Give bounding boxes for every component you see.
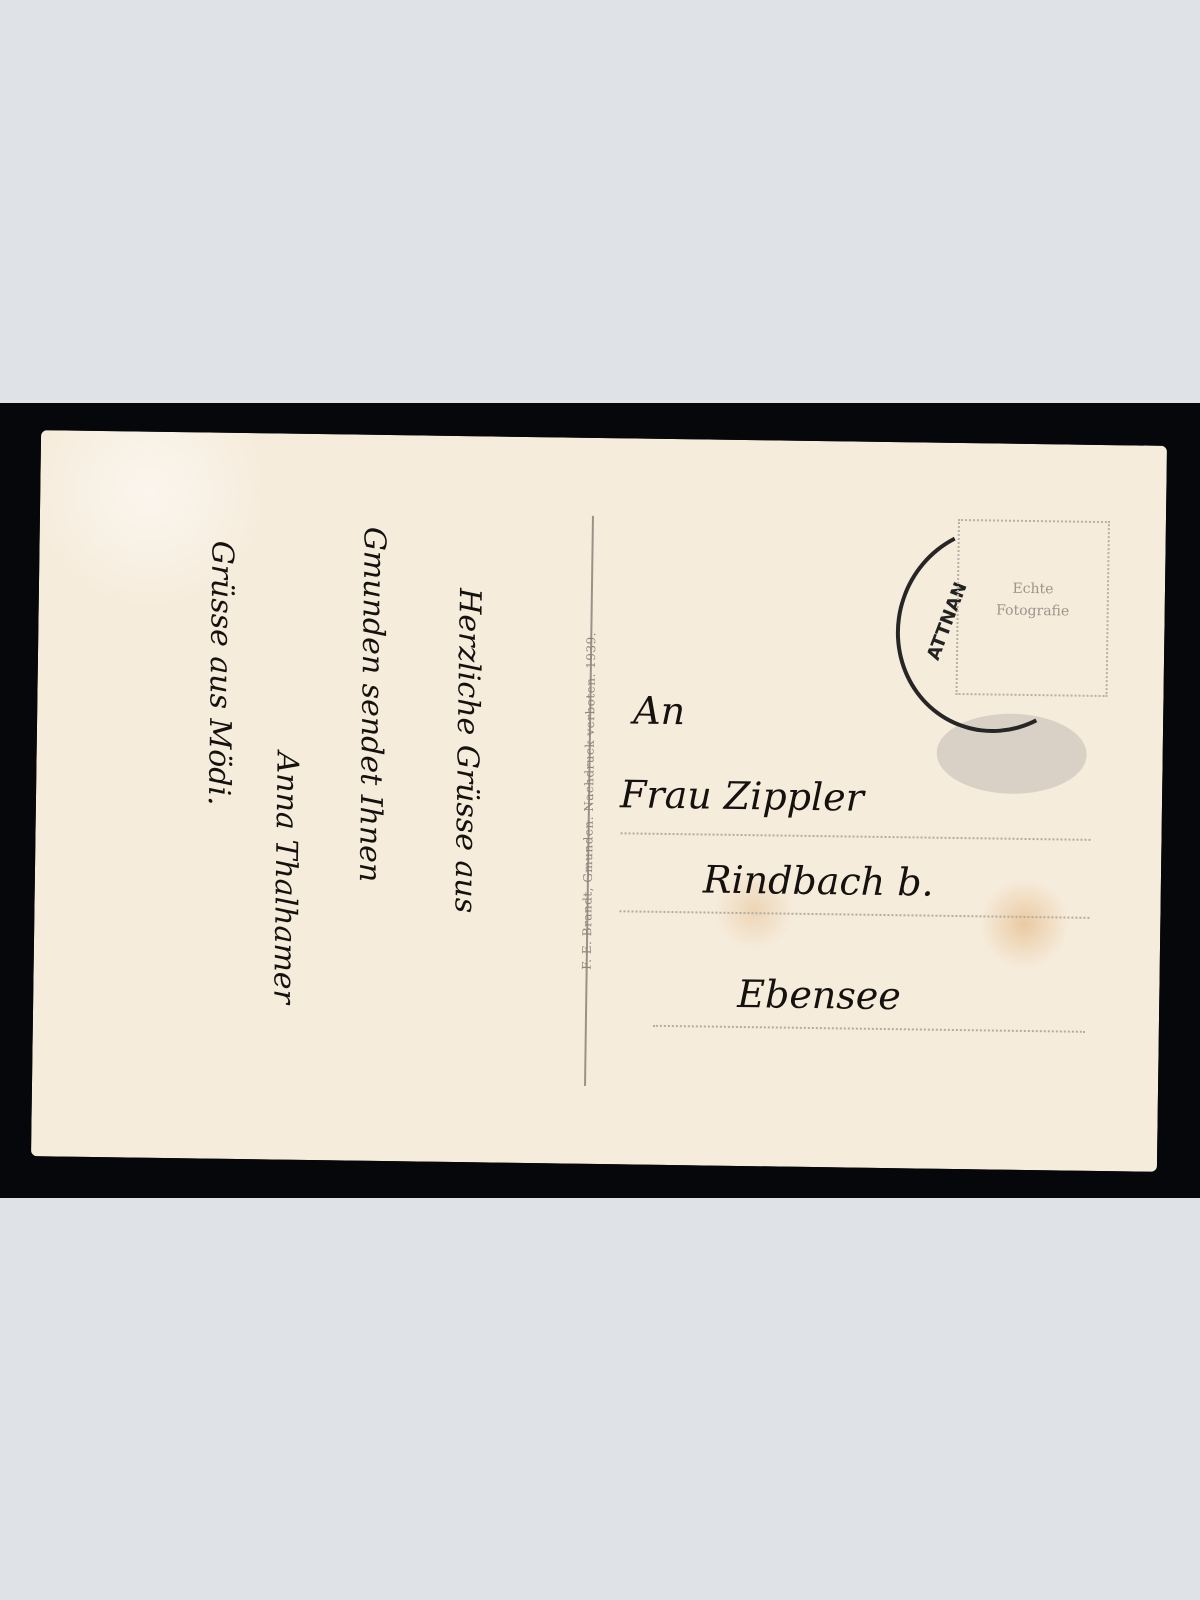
message-line-3: Anna Thalhamer bbox=[266, 751, 305, 1004]
stamp-box-label-line-1: Echte bbox=[959, 577, 1107, 601]
stamp-box-label: Echte Fotografie bbox=[959, 577, 1108, 623]
address-line-4: Ebensee bbox=[737, 972, 901, 1018]
postcard: Herzliche Grüsse aus Gmunden sendet Ihne… bbox=[31, 430, 1167, 1172]
stamp-box-label-line-2: Fotografie bbox=[959, 599, 1107, 623]
publisher-imprint: F. E. Brandt, Gmunden. Nachdruck verbote… bbox=[580, 632, 599, 970]
message-line-1: Herzliche Grüsse aus bbox=[447, 588, 487, 913]
address-rule-2 bbox=[619, 910, 1089, 919]
address-line-1: An bbox=[633, 688, 686, 733]
address-line-2: Frau Zippler bbox=[620, 772, 864, 819]
message-line-2: Gmunden sendet Ihnen bbox=[352, 527, 392, 883]
message-line-4: Grüsse aus Mödi. bbox=[201, 540, 240, 805]
address-line-3: Rindbach b. bbox=[703, 857, 934, 904]
stamp-box: Echte Fotografie bbox=[956, 519, 1110, 697]
address-rule-1 bbox=[621, 832, 1091, 841]
address-rule-3 bbox=[653, 1025, 1085, 1033]
